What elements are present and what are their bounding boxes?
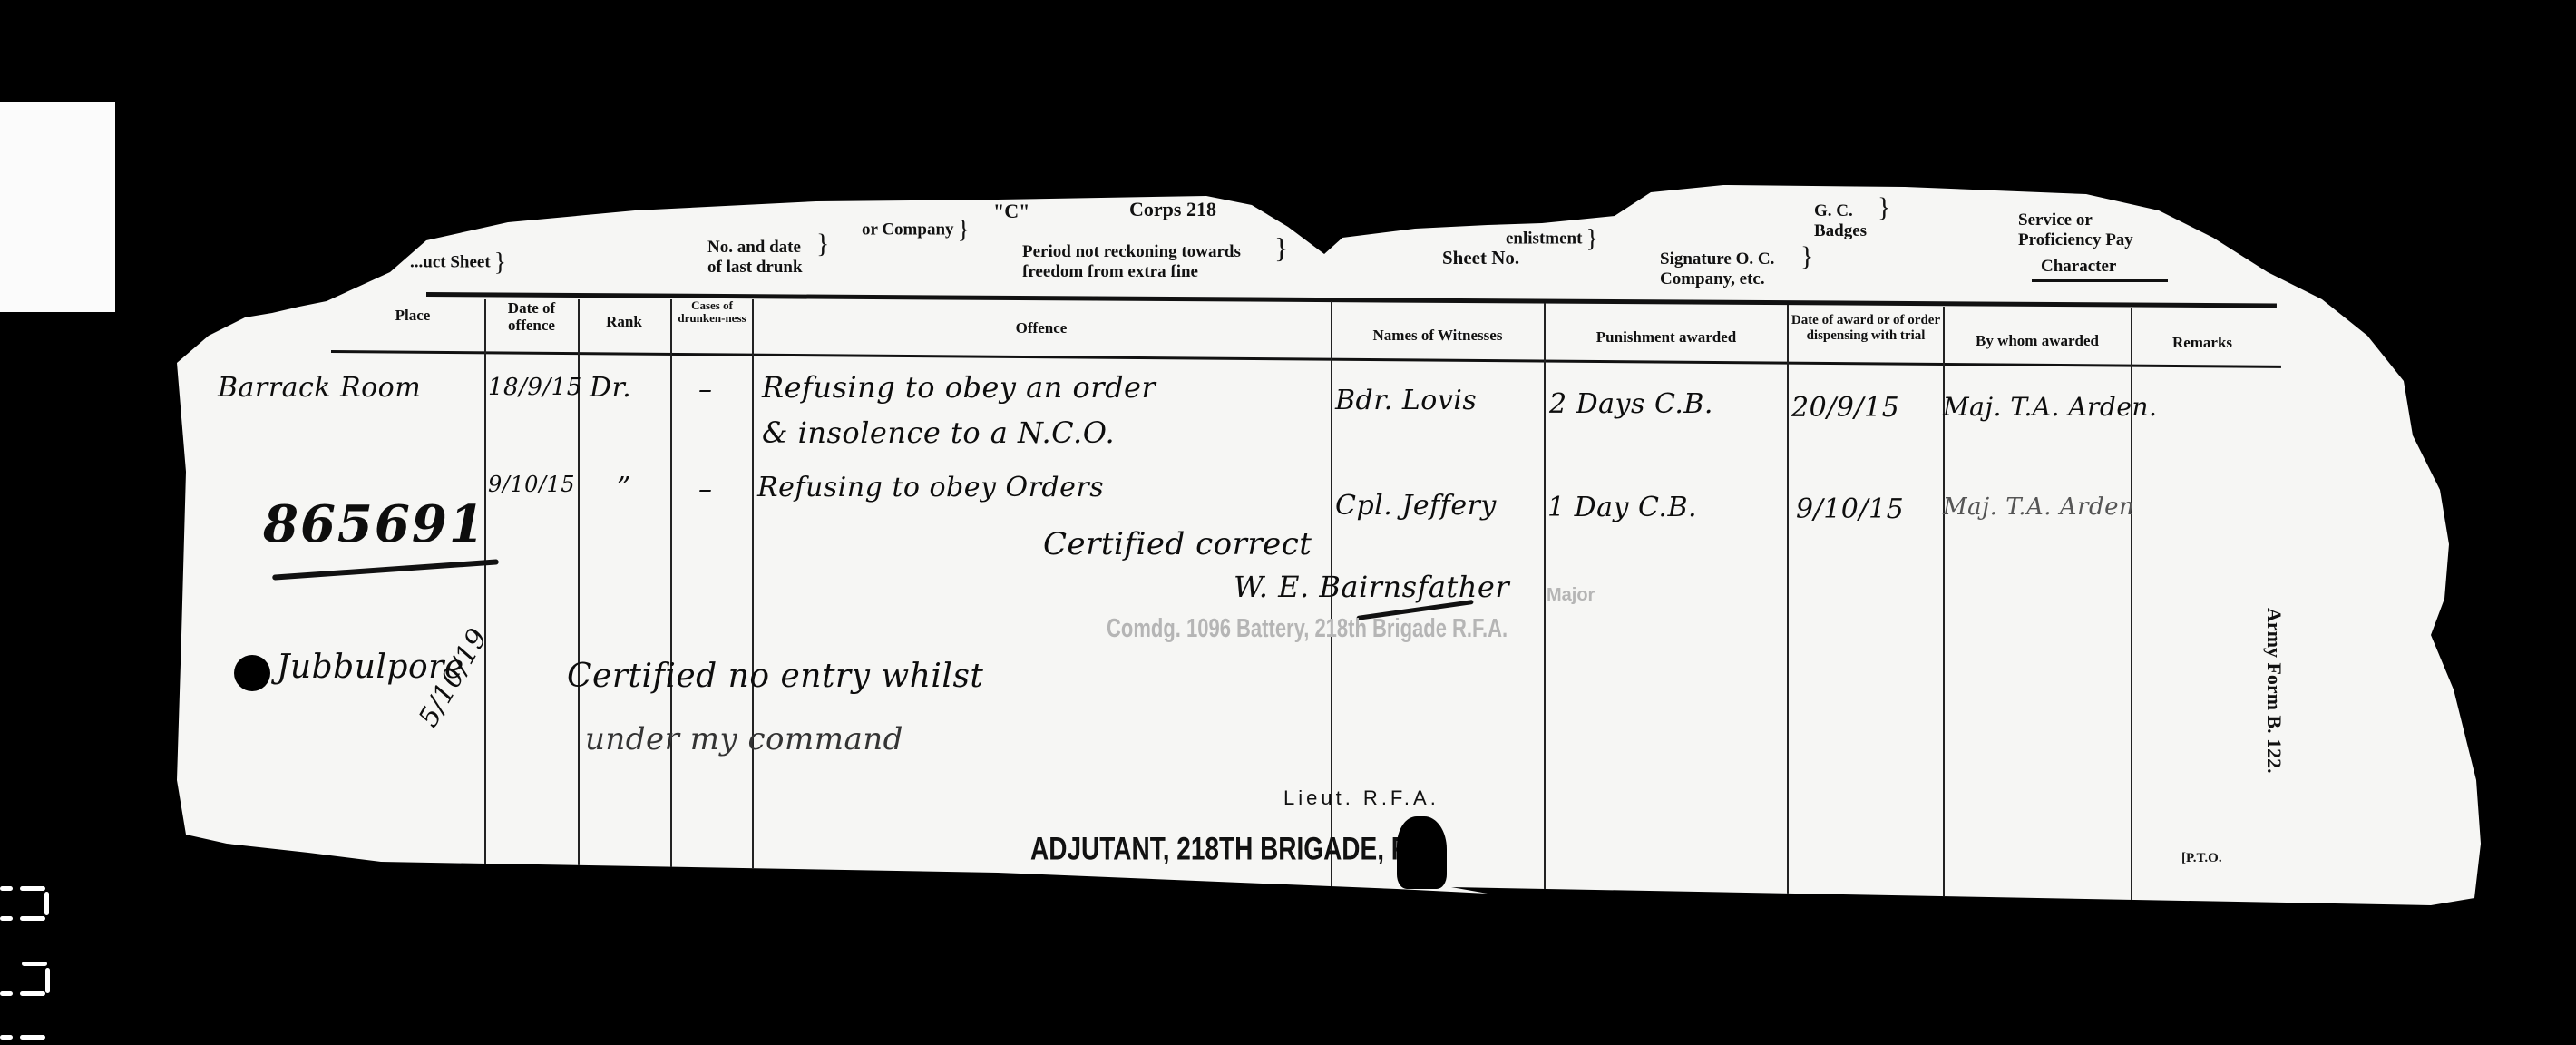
- pto-note: [P.T.O.: [2181, 851, 2222, 866]
- col-header-rank: Rank: [581, 313, 667, 330]
- header-signature-brace: }: [1800, 247, 1813, 267]
- edge-glyph-marks: [0, 884, 54, 1045]
- adjacent-page-fragment: [0, 102, 115, 312]
- cell-offence-line2: & insolence to a N.C.O.: [762, 415, 1115, 450]
- cell-punishment: 1 Day C.B.: [1547, 492, 1697, 523]
- regimental-number: 865691: [263, 494, 486, 554]
- col-line-offence: [752, 299, 754, 874]
- header-last-drunk: No. and date of last drunk: [707, 238, 803, 278]
- header-character: Character: [2041, 257, 2116, 277]
- header-service-pay: Service or Proficiency Pay: [2018, 210, 2133, 250]
- col-header-award-date: Date of award or of order dispensing wit…: [1791, 313, 1941, 344]
- adjutant-stamp: ADJUTANT, 218TH BRIGADE, R.: [1030, 831, 1417, 867]
- cell-by-whom: Maj. T.A. Arden: [1943, 493, 2134, 521]
- col-header-offence: Offence: [756, 319, 1327, 337]
- header-last-drunk-brace: }: [816, 234, 829, 254]
- col-line-date: [484, 299, 486, 869]
- army-form-number: Army Form B. 122.: [2262, 608, 2286, 774]
- col-header-witnesses: Names of Witnesses: [1334, 327, 1541, 344]
- conduct-sheet-paper: ...uct Sheet} No. and date of last drunk…: [0, 0, 2576, 1045]
- certification-signature: W. E. Bairnsfather: [1234, 570, 1509, 604]
- stamp-major: Major: [1547, 585, 1595, 606]
- header-battery-letter: "C": [993, 201, 1029, 221]
- column-header-bottom-rule: [331, 350, 2281, 368]
- cell-award-date: 9/10/15: [1796, 493, 1904, 525]
- ink-blot: [234, 655, 270, 691]
- character-rule: [2032, 279, 2168, 282]
- cell-cases: –: [698, 374, 713, 405]
- certified-correct-text: Certified correct: [1043, 526, 1312, 562]
- cell-witnesses: Bdr. Lovis: [1335, 385, 1477, 416]
- cell-by-whom: Maj. T.A. Arden.: [1943, 392, 2157, 422]
- regimental-number-underline: [272, 559, 499, 580]
- later-entry-line1: Certified no entry whilst: [567, 658, 983, 695]
- later-entry-line2: under my command: [585, 721, 903, 757]
- header-signature-oc: Signature O. C. Company, etc.: [1660, 249, 1774, 289]
- cell-rank: ”: [617, 472, 631, 503]
- header-sheet-no: Sheet No.: [1442, 248, 1519, 268]
- header-gc-brace: }: [1878, 198, 1890, 218]
- col-header-remarks: Remarks: [2134, 334, 2270, 351]
- cell-offence-line1: Refusing to obey Orders: [757, 472, 1104, 503]
- col-header-place: Place: [345, 307, 481, 324]
- stamp-battery: Comdg. 1096 Battery, 218th Brigade R.F.A…: [1107, 613, 1508, 644]
- cell-date: 9/10/15: [488, 472, 575, 497]
- header-company: or Company}: [862, 210, 970, 250]
- cell-rank: Dr.: [590, 372, 631, 404]
- header-corps: Corps 218: [1129, 200, 1216, 220]
- header-enlistment: enlistment}: [1506, 220, 1598, 259]
- cell-punishment: 2 Days C.B.: [1549, 388, 1713, 420]
- header-period: Period not reckoning towards freedom fro…: [1022, 242, 1241, 282]
- header-gc-badges: G. C. Badges: [1814, 201, 1867, 241]
- cell-offence-line1: Refusing to obey an order: [762, 370, 1156, 405]
- cell-witnesses: Cpl. Jeffery: [1335, 490, 1497, 522]
- col-header-date: Date of offence: [488, 299, 575, 334]
- col-header-by-whom: By whom awarded: [1947, 332, 2128, 349]
- col-header-punishment: Punishment awarded: [1547, 328, 1785, 346]
- header-conduct-sheet: ...uct Sheet}: [410, 243, 506, 283]
- cell-award-date: 20/9/15: [1791, 392, 1899, 424]
- paper-tear-hole: [1397, 816, 1447, 889]
- col-line-cases: [670, 299, 672, 873]
- lieut-rank-note: Lieut. R.F.A.: [1283, 786, 1439, 810]
- header-period-brace: }: [1274, 238, 1288, 258]
- col-line-punishment: [1544, 303, 1546, 893]
- cell-place: Barrack Room: [218, 372, 421, 404]
- col-header-cases: Cases of drunken-ness: [674, 299, 750, 325]
- cell-date: 18/9/15: [488, 374, 582, 401]
- cell-cases: –: [698, 474, 713, 505]
- col-line-award-date: [1787, 305, 1789, 894]
